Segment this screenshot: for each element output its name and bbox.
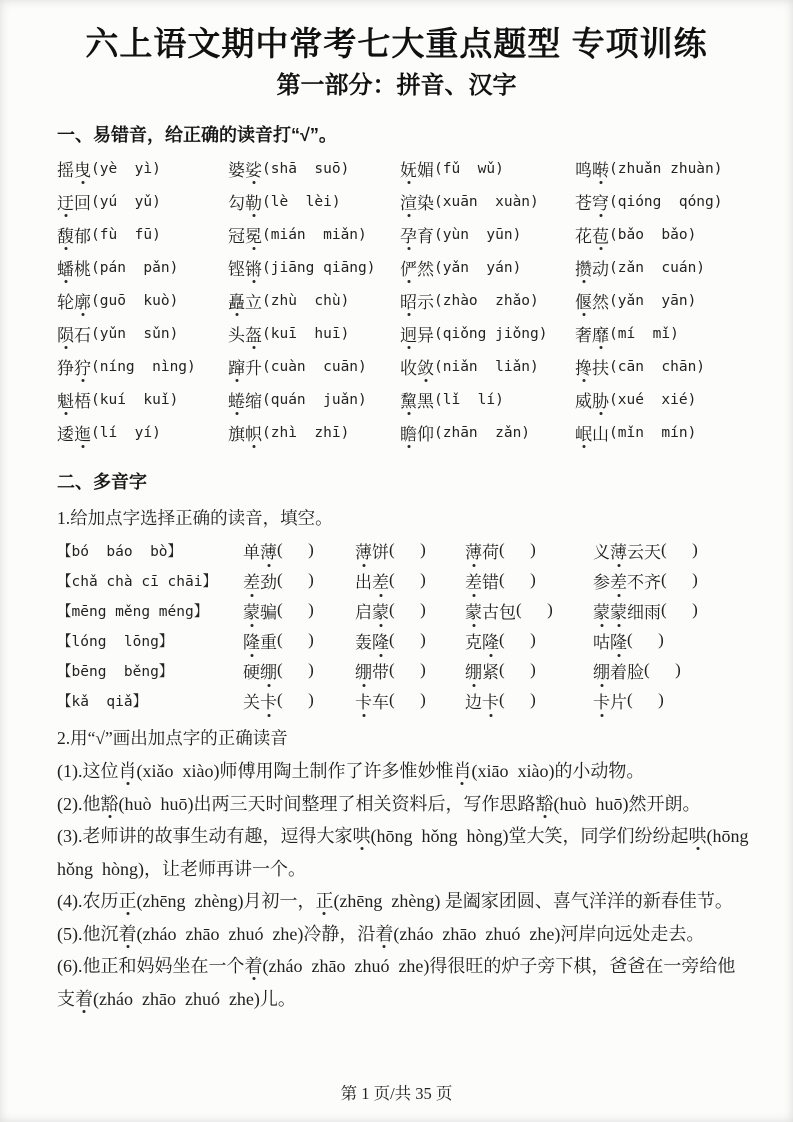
word-text: 摇曳 bbox=[57, 156, 91, 181]
word-entry: 蹿升(cuàn cuān) bbox=[228, 350, 400, 383]
dotted-char: 哄 bbox=[353, 826, 371, 846]
word-text: 迥异 bbox=[400, 321, 434, 346]
word-pinyin: (guō kuò) bbox=[91, 293, 178, 309]
dotted-char: 瞻 bbox=[400, 425, 417, 444]
word-text: 矗立 bbox=[228, 288, 262, 313]
pinyin-options-bracket: 【kǎ qiǎ】 bbox=[57, 685, 243, 715]
answer-blank: ( ) bbox=[499, 660, 536, 680]
word-text: 渲染 bbox=[400, 189, 434, 214]
word-entry: 迥异(qiǒng jiǒng) bbox=[400, 317, 575, 350]
word-pinyin: (yú yǔ) bbox=[91, 194, 161, 210]
word-entry: 妩媚(fǔ wǔ) bbox=[400, 152, 575, 185]
fill-term: 参差不齐( ) bbox=[593, 565, 749, 595]
dotted-char: 苞 bbox=[592, 227, 609, 246]
word-text: 攒动 bbox=[575, 255, 609, 280]
fill-term: 硬绷( ) bbox=[243, 655, 355, 685]
word-text: 鸣啭 bbox=[575, 156, 609, 181]
dotted-char: 薄 bbox=[610, 538, 627, 563]
sentence-list: (1).这位肖(xiǎo xiào)师傅用陶土制作了许多惟妙惟肖(xiāo xi… bbox=[0, 755, 793, 1015]
dotted-char: 啭 bbox=[592, 161, 609, 180]
pinyin-options-bracket: 【chǎ chà cī chāi】 bbox=[57, 565, 243, 595]
answer-blank: ( ) bbox=[389, 600, 426, 620]
word-text: 俨然 bbox=[400, 255, 434, 280]
word-pinyin: (qióng qóng) bbox=[609, 194, 723, 210]
word-text: 偃然 bbox=[575, 288, 609, 313]
dotted-char: 勒 bbox=[245, 194, 262, 213]
fill-term: 轰隆( ) bbox=[355, 625, 465, 655]
pinyin-options-bracket: 【mēng měng méng】 bbox=[57, 595, 243, 625]
word-entry: 威胁(xué xié) bbox=[575, 383, 747, 416]
pinyin-options-bracket: 【lóng lōng】 bbox=[57, 625, 243, 655]
word-entry: 轮廓(guō kuò) bbox=[57, 284, 228, 317]
dotted-char: 正 bbox=[119, 891, 137, 911]
word-pinyin: (pán pǎn) bbox=[91, 260, 178, 276]
word-entry: 收敛(niǎn liǎn) bbox=[400, 350, 575, 383]
word-text: 蟠桃 bbox=[57, 255, 91, 280]
dotted-char: 偃 bbox=[575, 293, 592, 312]
fill-term: 绷带( ) bbox=[355, 655, 465, 685]
dotted-char: 着 bbox=[245, 956, 263, 976]
word-entry: 偃然(yǎn yān) bbox=[575, 284, 747, 317]
word-entry: 昭示(zhào zhǎo) bbox=[400, 284, 575, 317]
word-pinyin: (níng nìng) bbox=[91, 359, 196, 375]
word-entry: 渲染(xuān xuàn) bbox=[400, 185, 575, 218]
dotted-char: 迤 bbox=[74, 425, 91, 444]
word-text: 妩媚 bbox=[400, 156, 434, 181]
fill-term: 蒙骗( ) bbox=[243, 595, 355, 625]
answer-blank: ( ) bbox=[661, 600, 698, 620]
dotted-char: 娑 bbox=[245, 161, 262, 180]
fill-term: 卡车( ) bbox=[355, 685, 465, 715]
dotted-char: 绷 bbox=[465, 658, 482, 683]
word-entry: 攒动(zǎn cuán) bbox=[575, 251, 747, 284]
dotted-char: 绷 bbox=[593, 658, 610, 683]
answer-blank: ( ) bbox=[661, 540, 698, 560]
word-pinyin: (fù fū) bbox=[91, 227, 161, 243]
word-entry: 瞻仰(zhān zǎn) bbox=[400, 416, 575, 449]
word-text: 婆娑 bbox=[228, 156, 262, 181]
sentence: (3).老师讲的故事生动有趣，逗得大家哄(hōng hǒng hòng)堂大笑，… bbox=[57, 820, 749, 885]
task2-label: 2.用“√”画出加点字的正确读音 bbox=[57, 723, 747, 753]
word-text: 轮廓 bbox=[57, 288, 91, 313]
dotted-char: 正 bbox=[315, 891, 333, 911]
answer-blank: ( ) bbox=[277, 600, 314, 620]
word-pinyin: (zhuǎn zhuàn) bbox=[609, 161, 723, 177]
fill-term: 蒙蒙细雨( ) bbox=[593, 595, 749, 625]
word-pinyin: (shā suō) bbox=[262, 161, 349, 177]
dotted-char: 迂 bbox=[57, 194, 74, 213]
word-text: 勾勒 bbox=[228, 189, 262, 214]
sentence: (4).农历正(zhēng zhèng)月初一，正(zhēng zhèng) 是… bbox=[57, 885, 749, 918]
dotted-char: 着 bbox=[119, 924, 137, 944]
fill-term: 绷紧( ) bbox=[465, 655, 593, 685]
dotted-char: 孕 bbox=[400, 227, 417, 246]
word-pinyin: (kuī huī) bbox=[262, 326, 349, 342]
word-pinyin: (zhān zǎn) bbox=[434, 425, 530, 441]
doc-title: 六上语文期中常考七大重点题型 专项训练 bbox=[0, 22, 793, 66]
dotted-char: 隆 bbox=[243, 628, 260, 653]
dotted-char: 着 bbox=[375, 924, 393, 944]
word-pinyin: (zhì zhī) bbox=[262, 425, 349, 441]
word-text: 逶迤 bbox=[57, 420, 91, 445]
word-text: 迂回 bbox=[57, 189, 91, 214]
word-text: 岷山 bbox=[575, 420, 609, 445]
word-entry: 苍穹(qióng qóng) bbox=[575, 185, 747, 218]
word-pinyin: (yǔn sǔn) bbox=[91, 326, 178, 342]
fill-term: 启蒙( ) bbox=[355, 595, 465, 625]
fill-term: 隆重( ) bbox=[243, 625, 355, 655]
word-entry: 头盔(kuī huī) bbox=[228, 317, 400, 350]
word-text: 铿锵 bbox=[228, 255, 262, 280]
dotted-char: 豁 bbox=[101, 794, 119, 814]
fill-term: 差错( ) bbox=[465, 565, 593, 595]
sentence: (6).他正和妈妈坐在一个着(zháo zhāo zhuó zhe)得很旺的炉子… bbox=[57, 950, 749, 1015]
word-pinyin: (zǎn cuán) bbox=[609, 260, 705, 276]
task1-label: 1.给加点字选择正确的读音，填空。 bbox=[57, 503, 747, 533]
section2-heading: 二、多音字 bbox=[57, 469, 793, 495]
answer-blank: ( ) bbox=[389, 540, 426, 560]
fill-term: 卡片( ) bbox=[593, 685, 749, 715]
dotted-char: 卡 bbox=[482, 688, 499, 713]
word-entry: 蟠桃(pán pǎn) bbox=[57, 251, 228, 284]
fill-term: 边卡( ) bbox=[465, 685, 593, 715]
word-entry: 岷山(mǐn mín) bbox=[575, 416, 747, 449]
dotted-char: 薄 bbox=[355, 538, 372, 563]
word-entry: 花苞(bǎo bǎo) bbox=[575, 218, 747, 251]
word-entry: 矗立(zhù chù) bbox=[228, 284, 400, 317]
word-entry: 迂回(yú yǔ) bbox=[57, 185, 228, 218]
word-pinyin: (qiǒng jiǒng) bbox=[434, 326, 548, 342]
fill-grid: 【bó báo bò】单薄( )薄饼( )薄荷( )义薄云天( )【chǎ ch… bbox=[57, 535, 749, 715]
word-entry: 黧黑(lǐ lí) bbox=[400, 383, 575, 416]
word-text: 收敛 bbox=[400, 354, 434, 379]
word-entry: 陨石(yǔn sǔn) bbox=[57, 317, 228, 350]
answer-blank: ( ) bbox=[499, 570, 536, 590]
dotted-char: 蒙 bbox=[610, 598, 627, 623]
word-pinyin: (yǎn yán) bbox=[434, 260, 521, 276]
word-entry: 馥郁(fù fū) bbox=[57, 218, 228, 251]
word-pinyin: (yǎn yān) bbox=[609, 293, 696, 309]
word-pinyin: (cuàn cuān) bbox=[262, 359, 367, 375]
answer-blank: ( ) bbox=[277, 660, 314, 680]
page-footer: 第 1 页/共 35 页 bbox=[0, 1080, 793, 1104]
doc-subtitle: 第一部分：拼音、汉字 bbox=[0, 70, 793, 102]
word-entry: 逶迤(lí yí) bbox=[57, 416, 228, 449]
dotted-char: 蒙 bbox=[372, 598, 389, 623]
dotted-char: 攒 bbox=[575, 260, 592, 279]
word-text: 搀扶 bbox=[575, 354, 609, 379]
word-pinyin: (xué xié) bbox=[609, 392, 696, 408]
dotted-char: 妩 bbox=[400, 161, 417, 180]
word-pinyin: (xuān xuàn) bbox=[434, 194, 539, 210]
dotted-char: 豁 bbox=[536, 794, 554, 814]
word-pinyin: (mǐn mín) bbox=[609, 425, 696, 441]
word-text: 头盔 bbox=[228, 321, 262, 346]
word-pinyin: (mián miǎn) bbox=[262, 227, 367, 243]
word-text: 旗帜 bbox=[228, 420, 262, 445]
word-pinyin: (cān chān) bbox=[609, 359, 705, 375]
dotted-char: 敛 bbox=[417, 359, 434, 378]
fill-term: 薄饼( ) bbox=[355, 535, 465, 565]
dotted-char: 绷 bbox=[355, 658, 372, 683]
fill-term: 薄荷( ) bbox=[465, 535, 593, 565]
dotted-char: 蒙 bbox=[243, 598, 260, 623]
dotted-char: 魁 bbox=[57, 392, 74, 411]
dotted-char: 狞 bbox=[74, 359, 91, 378]
word-pinyin: (zhào zhǎo) bbox=[434, 293, 539, 309]
word-entry: 铿锵(jiāng qiāng) bbox=[228, 251, 400, 284]
word-text: 蜷缩 bbox=[228, 387, 262, 412]
word-pinyin: (yùn yūn) bbox=[434, 227, 521, 243]
word-entry: 俨然(yǎn yán) bbox=[400, 251, 575, 284]
dotted-char: 哄 bbox=[689, 826, 707, 846]
dotted-char: 隆 bbox=[610, 628, 627, 653]
word-pinyin: (quán juǎn) bbox=[262, 392, 367, 408]
answer-blank: ( ) bbox=[499, 690, 536, 710]
word-entry: 旗帜(zhì zhī) bbox=[228, 416, 400, 449]
dotted-char: 靡 bbox=[592, 326, 609, 345]
word-entry: 摇曳(yè yì) bbox=[57, 152, 228, 185]
word-text: 蹿升 bbox=[228, 354, 262, 379]
dotted-char: 隆 bbox=[482, 628, 499, 653]
dotted-char: 蟠 bbox=[57, 260, 74, 279]
fill-term: 差劲( ) bbox=[243, 565, 355, 595]
word-entry: 鸣啭(zhuǎn zhuàn) bbox=[575, 152, 747, 185]
fill-term: 关卡( ) bbox=[243, 685, 355, 715]
dotted-char: 搀 bbox=[575, 359, 592, 378]
dotted-char: 着 bbox=[75, 989, 93, 1009]
dotted-char: 锵 bbox=[245, 260, 262, 279]
dotted-char: 陨 bbox=[57, 326, 74, 345]
dotted-char: 黧 bbox=[400, 392, 417, 411]
word-entry: 勾勒(lè lèi) bbox=[228, 185, 400, 218]
word-pinyin: (niǎn liǎn) bbox=[434, 359, 539, 375]
sentence: (2).他豁(huò huō)出两三天时间整理了相关资料后，写作思路豁(huò … bbox=[57, 788, 749, 821]
dotted-char: 蒙 bbox=[465, 598, 482, 623]
answer-blank: ( ) bbox=[389, 690, 426, 710]
fill-term: 出差( ) bbox=[355, 565, 465, 595]
dotted-char: 蹿 bbox=[228, 359, 245, 378]
dotted-char: 卡 bbox=[260, 688, 277, 713]
dotted-char: 卡 bbox=[593, 688, 610, 713]
word-pinyin: (kuí kuǐ) bbox=[91, 392, 178, 408]
dotted-char: 曳 bbox=[74, 161, 91, 180]
answer-blank: ( ) bbox=[389, 570, 426, 590]
answer-blank: ( ) bbox=[499, 540, 536, 560]
word-grid: 摇曳(yè yì)婆娑(shā suō)妩媚(fǔ wǔ)鸣啭(zhuǎn zh… bbox=[57, 152, 747, 449]
word-pinyin: (jiāng qiāng) bbox=[262, 260, 376, 276]
word-entry: 魁梧(kuí kuǐ) bbox=[57, 383, 228, 416]
fill-term: 克隆( ) bbox=[465, 625, 593, 655]
word-pinyin: (lí yí) bbox=[91, 425, 161, 441]
word-text: 黧黑 bbox=[400, 387, 434, 412]
section1-heading: 一、易错音，给正确的读音打“√”。 bbox=[57, 122, 793, 148]
word-entry: 奢靡(mí mǐ) bbox=[575, 317, 747, 350]
dotted-char: 胁 bbox=[592, 392, 609, 411]
fill-term: 绷着脸( ) bbox=[593, 655, 749, 685]
dotted-char: 盔 bbox=[245, 326, 262, 345]
answer-blank: ( ) bbox=[389, 660, 426, 680]
dotted-char: 廓 bbox=[74, 293, 91, 312]
pinyin-options-bracket: 【bēng běng】 bbox=[57, 655, 243, 685]
word-text: 瞻仰 bbox=[400, 420, 434, 445]
dotted-char: 肖 bbox=[453, 761, 471, 781]
pinyin-options-bracket: 【bó báo bò】 bbox=[57, 535, 243, 565]
word-entry: 搀扶(cān chān) bbox=[575, 350, 747, 383]
answer-blank: ( ) bbox=[516, 600, 553, 620]
dotted-char: 昭 bbox=[400, 293, 417, 312]
word-entry: 狰狞(níng nìng) bbox=[57, 350, 228, 383]
sentence: (5).他沉着(zháo zhāo zhuó zhe)冷静，沿着(zháo zh… bbox=[57, 918, 749, 951]
dotted-char: 隆 bbox=[372, 628, 389, 653]
dotted-char: 肖 bbox=[119, 761, 137, 781]
word-pinyin: (lǐ lí) bbox=[434, 392, 504, 408]
word-pinyin: (yè yì) bbox=[91, 161, 161, 177]
answer-blank: ( ) bbox=[627, 630, 664, 650]
answer-blank: ( ) bbox=[499, 630, 536, 650]
word-text: 魁梧 bbox=[57, 387, 91, 412]
dotted-char: 俨 bbox=[400, 260, 417, 279]
word-text: 威胁 bbox=[575, 387, 609, 412]
dotted-char: 矗 bbox=[228, 293, 245, 312]
dotted-char: 穹 bbox=[592, 194, 609, 213]
dotted-char: 差 bbox=[610, 568, 627, 593]
dotted-char: 薄 bbox=[260, 538, 277, 563]
word-entry: 婆娑(shā suō) bbox=[228, 152, 400, 185]
word-text: 冠冕 bbox=[228, 222, 262, 247]
sentence: (1).这位肖(xiǎo xiào)师傅用陶土制作了许多惟妙惟肖(xiāo xi… bbox=[57, 755, 749, 788]
answer-blank: ( ) bbox=[277, 570, 314, 590]
word-pinyin: (zhù chù) bbox=[262, 293, 349, 309]
dotted-char: 迥 bbox=[400, 326, 417, 345]
word-pinyin: (bǎo bǎo) bbox=[609, 227, 696, 243]
dotted-char: 馥 bbox=[57, 227, 74, 246]
word-text: 昭示 bbox=[400, 288, 434, 313]
answer-blank: ( ) bbox=[627, 690, 664, 710]
dotted-char: 薄 bbox=[465, 538, 482, 563]
dotted-char: 帜 bbox=[245, 425, 262, 444]
fill-term: 咕隆( ) bbox=[593, 625, 749, 655]
fill-term: 蒙古包( ) bbox=[465, 595, 593, 625]
fill-term: 义薄云天( ) bbox=[593, 535, 749, 565]
word-entry: 蜷缩(quán juǎn) bbox=[228, 383, 400, 416]
word-pinyin: (lè lèi) bbox=[262, 194, 341, 210]
answer-blank: ( ) bbox=[661, 570, 698, 590]
word-text: 孕育 bbox=[400, 222, 434, 247]
dotted-char: 渲 bbox=[400, 194, 417, 213]
word-text: 苍穹 bbox=[575, 189, 609, 214]
answer-blank: ( ) bbox=[277, 630, 314, 650]
dotted-char: 卡 bbox=[355, 688, 372, 713]
word-text: 花苞 bbox=[575, 222, 609, 247]
word-text: 奢靡 bbox=[575, 321, 609, 346]
word-text: 陨石 bbox=[57, 321, 91, 346]
dotted-char: 差 bbox=[243, 568, 260, 593]
dotted-char: 差 bbox=[465, 568, 482, 593]
dotted-char: 绷 bbox=[260, 658, 277, 683]
word-text: 馥郁 bbox=[57, 222, 91, 247]
word-text: 狰狞 bbox=[57, 354, 91, 379]
word-entry: 孕育(yùn yūn) bbox=[400, 218, 575, 251]
answer-blank: ( ) bbox=[389, 630, 426, 650]
dotted-char: 差 bbox=[372, 568, 389, 593]
dotted-char: 蒙 bbox=[593, 598, 610, 623]
fill-term: 单薄( ) bbox=[243, 535, 355, 565]
dotted-char: 岷 bbox=[575, 425, 592, 444]
dotted-char: 冕 bbox=[245, 227, 262, 246]
word-entry: 冠冕(mián miǎn) bbox=[228, 218, 400, 251]
dotted-char: 蜷 bbox=[228, 392, 245, 411]
answer-blank: ( ) bbox=[644, 660, 681, 680]
answer-blank: ( ) bbox=[277, 690, 314, 710]
answer-blank: ( ) bbox=[277, 540, 314, 560]
worksheet-page: 六上语文期中常考七大重点题型 专项训练 第一部分：拼音、汉字 一、易错音，给正确… bbox=[0, 0, 793, 1122]
word-pinyin: (mí mǐ) bbox=[609, 326, 679, 342]
word-pinyin: (fǔ wǔ) bbox=[434, 161, 504, 177]
